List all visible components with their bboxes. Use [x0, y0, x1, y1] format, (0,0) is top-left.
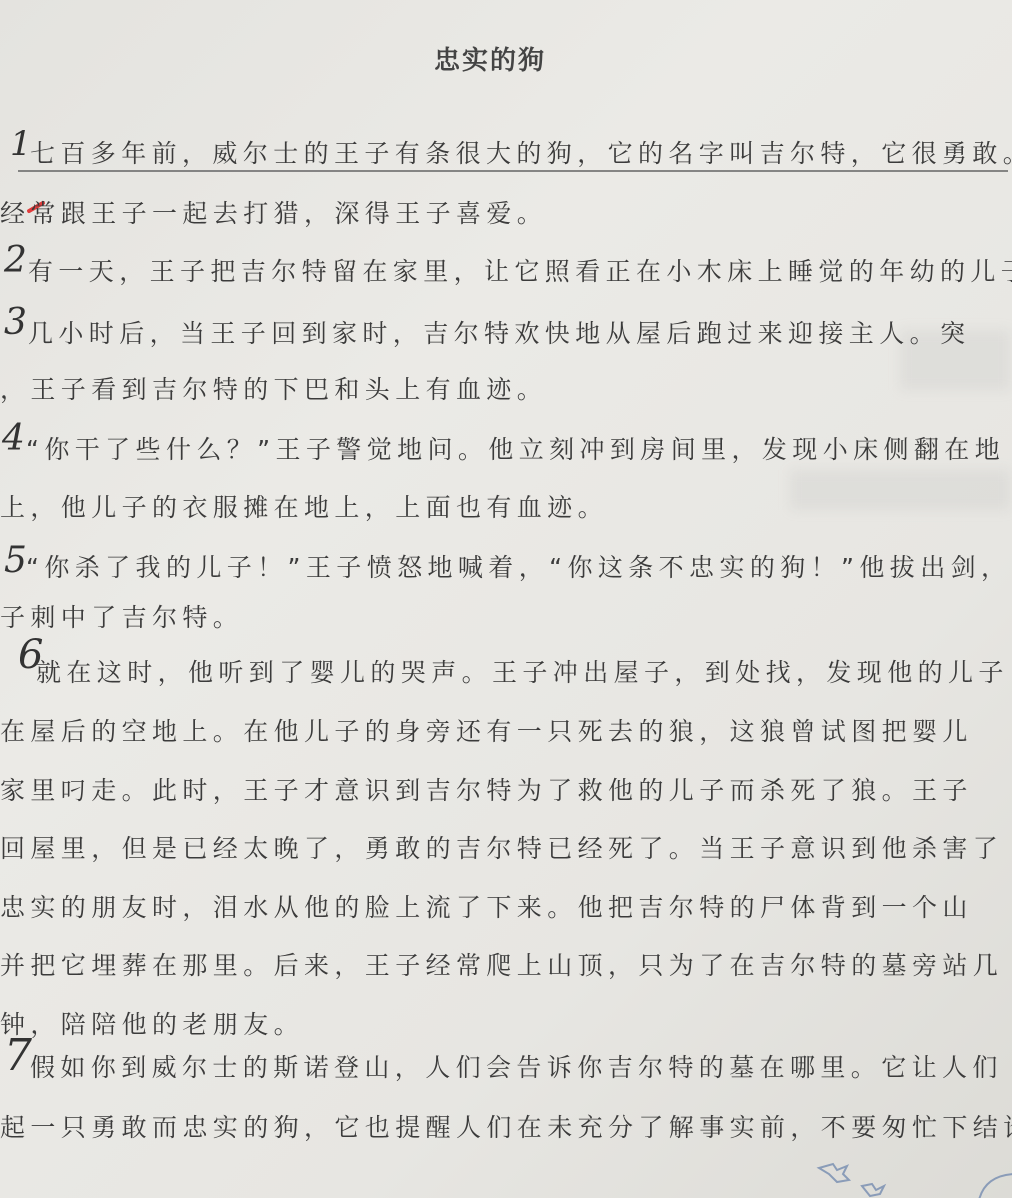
text-line: 起一只勇敢而忠实的狗，它也提醒人们在未充分了解事实前，不要匆忙下结论。 [0, 1108, 1012, 1144]
text-line: 家里叼走。此时，王子才意识到吉尔特为了救他的儿子而杀死了狼。王子 [0, 771, 973, 807]
text-line: 并把它埋葬在那里。后来，王子经常爬上山顶，只为了在吉尔特的墓旁站几 [0, 946, 1003, 982]
text-line: 七百多年前，威尔士的王子有条很大的狗，它的名字叫吉尔特，它很勇敢。 [30, 134, 1012, 170]
text-line: ，王子看到吉尔特的下巴和头上有血迹。 [0, 370, 547, 406]
text-line: 假如你到威尔士的斯诺登山，人们会告诉你吉尔特的墓在哪里。它让人们 [30, 1048, 1003, 1084]
paragraph-number-3: 3 [4, 302, 27, 343]
text-line: 就在这时，他听到了婴儿的哭声。王子冲出屋子，到处找，发现他的儿子 [36, 653, 1009, 689]
paragraph-number-5: 5 [4, 540, 27, 581]
paragraph-number-4: 4 [2, 418, 25, 459]
text-line: 钟，陪陪他的老朋友。 [0, 1005, 304, 1041]
circle-doodle-icon [975, 1170, 1012, 1198]
text-line: 回屋里，但是已经太晚了，勇敢的吉尔特已经死了。当王子意识到他杀害了 [0, 829, 1003, 865]
document-title: 忠实的狗 [0, 40, 980, 77]
text-line: “你杀了我的儿子！”王子愤怒地喊着，“你这条不忠实的狗！”他拔出剑，一 [26, 548, 1012, 584]
text-line: 子刺中了吉尔特。 [0, 598, 243, 634]
bird-doodle-icon [860, 1182, 900, 1198]
text-line: 忠实的朋友时，泪水从他的脸上流了下来。他把吉尔特的尸体背到一个山 [0, 888, 973, 924]
text-line: 在屋后的空地上。在他儿子的身旁还有一只死去的狼，这狼曾试图把婴儿 [0, 712, 973, 748]
text-line: 有一天，王子把吉尔特留在家里，让它照看正在小木床上睡觉的年幼的儿子。 [28, 252, 1012, 288]
paragraph-number-1: 1 [10, 124, 32, 164]
text-line: 几小时后，当王子回到家时，吉尔特欢快地从屋后跑过来迎接主人。突 [28, 314, 970, 350]
text-line: 上，他儿子的衣服摊在地上，上面也有血迹。 [0, 488, 608, 524]
text-line: “你干了些什么？”王子警觉地问。他立刻冲到房间里，发现小床侧翻在地 [26, 430, 1005, 466]
paragraph-number-2: 2 [4, 240, 27, 281]
pencil-underline [18, 170, 1008, 172]
text-line: 经常跟王子一起去打猎，深得王子喜爱。 [0, 194, 547, 230]
